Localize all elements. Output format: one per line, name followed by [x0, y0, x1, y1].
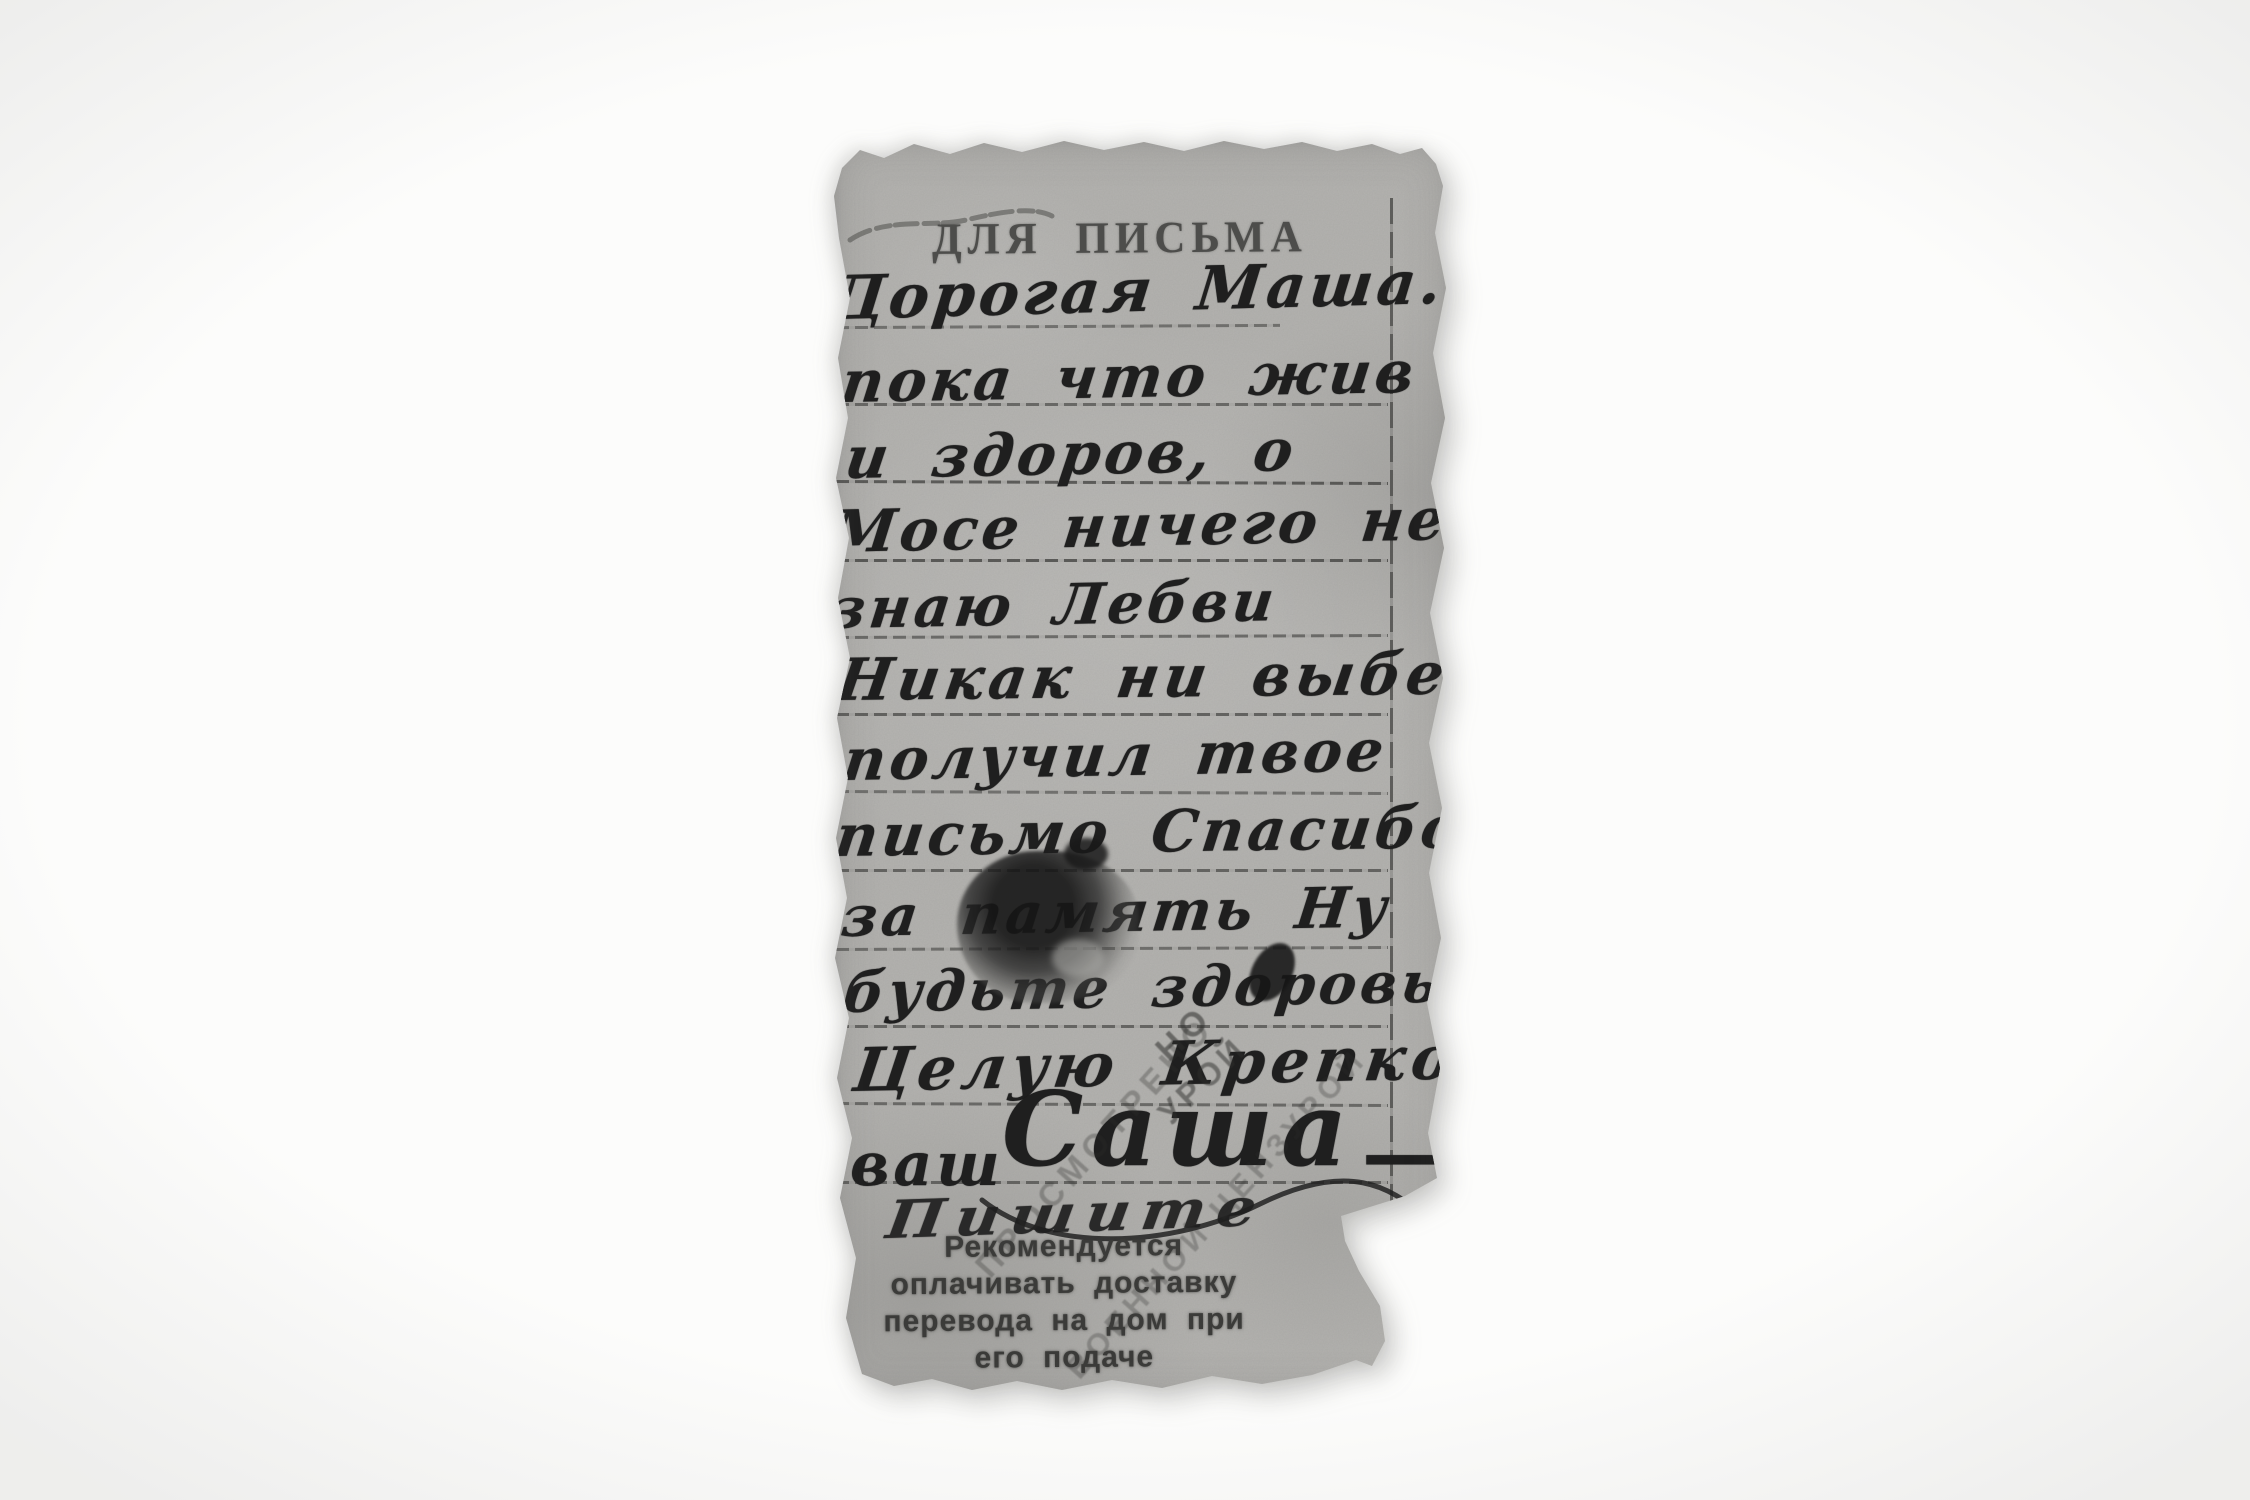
handwritten-line: Никак ни выберусь	[833, 638, 1623, 714]
handwritten-line: Дорогая Маша.	[828, 248, 1449, 334]
postmark-ink-blot	[957, 851, 1139, 1003]
handwritten-line: пока что жив	[838, 338, 1422, 416]
handwritten-line: будьте здоровы	[840, 949, 1467, 1026]
footer-notice-line1: Рекомендуется оплачивать доставку	[851, 1227, 1276, 1304]
ruled-line	[836, 713, 1388, 716]
scanned-letter-canvas: ДЛЯ ПИСЬМА Дорогая Маша. пока что жив и …	[0, 0, 2250, 1500]
footer-printed-notice: Рекомендуется оплачивать доставку перево…	[851, 1227, 1276, 1378]
torn-paper-fragment: ДЛЯ ПИСЬМА Дорогая Маша. пока что жив и …	[832, 138, 1452, 1400]
handwritten-line: Мосе ничего не	[828, 485, 1453, 566]
handwritten-line: письмо Спасибо	[832, 793, 1468, 870]
handwritten-line: знаю Лебви	[826, 568, 1282, 642]
signature-flourish-dash: —	[1362, 1106, 1446, 1200]
handwritten-line: и здоров, о	[841, 416, 1301, 492]
handwritten-line: получил твое	[840, 716, 1392, 794]
footer-notice-line2: перевода на дом при его подаче	[852, 1301, 1277, 1378]
paper-shadow-wrap: ДЛЯ ПИСЬМА Дорогая Маша. пока что жив и …	[832, 138, 1452, 1400]
postmark-ink-blot-top	[1064, 838, 1108, 870]
